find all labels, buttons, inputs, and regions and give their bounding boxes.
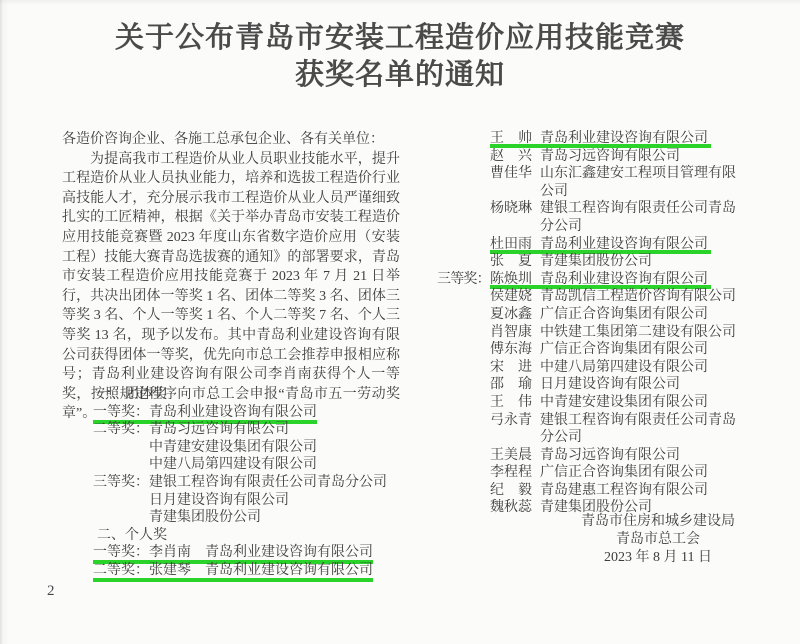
award-rank-label — [437, 412, 490, 447]
team-award-heading: 一、团体奖 — [97, 386, 413, 404]
award-rank-label — [437, 165, 490, 200]
winner-company: 青岛凯信工程造价咨询有限公司 — [540, 288, 745, 306]
winner-company: 日月建设咨询有限公司 — [540, 376, 745, 394]
award-rank-label — [437, 148, 490, 166]
winner-row: 肖智康中铁建工集团第二建设有限公司 — [437, 324, 782, 342]
winner-name: 宋 进 — [490, 359, 540, 377]
award-rank-label: 三等奖： — [437, 271, 490, 289]
winner-company: 青岛习远咨询有限公司 — [540, 447, 745, 465]
team-award-line: 三等奖：建银工程咨询有限责任公司青岛分公司 — [93, 474, 413, 492]
award-rank-label — [437, 288, 490, 306]
winner-row: 三等奖：陈焕圳青岛利业建设咨询有限公司 — [437, 271, 782, 289]
winner-company: 中建八局第四建设有限公司 — [540, 359, 745, 377]
winner-row: 张 夏青建集团股份公司 — [437, 253, 782, 271]
winner-name: 邵 瑜 — [490, 376, 540, 394]
winner-row: 王 伟中青建安建设集团有限公司 — [437, 394, 782, 412]
winner-name: 杨晓琳 — [490, 200, 540, 235]
individual-award-line: 二等奖：张建琴 青岛利业建设咨询有限公司 — [93, 562, 413, 580]
award-rank-label — [437, 341, 490, 359]
winner-company: 广信正合咨询集团有限公司 — [540, 341, 745, 359]
winner-name: 曹佳华 — [490, 165, 540, 200]
winner-row: 杜田雨青岛利业建设咨询有限公司 — [437, 236, 782, 254]
individual-winner-list: 王 帅青岛利业建设咨询有限公司赵 兴青岛习远咨询有限公司曹佳华山东汇鑫建安工程项… — [437, 130, 782, 517]
winner-company: 中铁建工集团第二建设有限公司 — [540, 324, 745, 342]
winner-company: 广信正合咨询集团有限公司 — [540, 464, 745, 482]
winner-company: 青岛建惠工程咨询有限公司 — [540, 482, 745, 500]
award-rank-label — [437, 376, 490, 394]
individual-award-line: 一等奖：李肖南 青岛利业建设咨询有限公司 — [93, 544, 413, 562]
team-award-list: 一等奖：青岛利业建设咨询有限公司二等奖：青岛习远咨询有限公司中青建安建设集团有限… — [93, 404, 413, 527]
individual-award-top-list: 一等奖：李肖南 青岛利业建设咨询有限公司二等奖：张建琴 青岛利业建设咨询有限公司 — [93, 544, 413, 579]
team-award-group: 三等奖：建银工程咨询有限责任公司青岛分公司日月建设咨询有限公司青建集团股份公司 — [93, 474, 413, 527]
winner-row: 曹佳华山东汇鑫建安工程项目管理有限公司 — [437, 165, 782, 200]
winner-company: 中青建安建设集团有限公司 — [540, 394, 745, 412]
winner-name: 张 夏 — [490, 253, 540, 271]
winner-company: 青岛习远咨询有限公司 — [540, 148, 745, 166]
winner-row: 赵 兴青岛习远咨询有限公司 — [437, 148, 782, 166]
winner-name: 李程程 — [490, 464, 540, 482]
winner-row: 杨晓琳建银工程咨询有限责任公司青岛分公司 — [437, 200, 782, 235]
winner-name: 纪 毅 — [490, 482, 540, 500]
notice-title: 关于公布青岛市安装工程造价应用技能竞赛 获奖名单的通知 — [0, 20, 800, 94]
winner-company: 建银工程咨询有限责任公司青岛分公司 — [540, 200, 745, 235]
award-rank-label — [437, 130, 490, 148]
issuer-org-2: 青岛市总工会 — [548, 531, 768, 549]
award-rank-label — [437, 447, 490, 465]
award-rank-label — [437, 499, 490, 517]
award-rank-label — [437, 482, 490, 500]
winner-row: 傅东海广信正合咨询集团有限公司 — [437, 341, 782, 359]
winner-name: 肖智康 — [490, 324, 540, 342]
winner-company: 山东汇鑫建安工程项目管理有限公司 — [540, 165, 745, 200]
winner-name: 傅东海 — [490, 341, 540, 359]
winner-row: 夏冰鑫广信正合咨询集团有限公司 — [437, 306, 782, 324]
team-award-line: 一等奖：青岛利业建设咨询有限公司 — [93, 404, 413, 422]
winner-name: 王美晨 — [490, 447, 540, 465]
winner-name: 魏秋蕊 — [490, 499, 540, 517]
team-award-company: 日月建设咨询有限公司 — [93, 492, 413, 510]
winner-name: 王 伟 — [490, 394, 540, 412]
scanned-notice-page: { "title": { "line1": "关于公布青岛市安装工程造价应用技能… — [0, 0, 800, 644]
team-award-company: 中建八局第四建设有限公司 — [93, 456, 413, 474]
issue-date: 2023 年 8 月 11 日 — [548, 549, 768, 567]
signature-block: 青岛市住房和城乡建设局 青岛市总工会 2023 年 8 月 11 日 — [548, 513, 768, 568]
team-award-text: 三等奖：建银工程咨询有限责任公司青岛分公司 — [93, 475, 387, 490]
winner-row: 李程程广信正合咨询集团有限公司 — [437, 464, 782, 482]
winner-name: 夏冰鑫 — [490, 306, 540, 324]
salutation-line: 各造价咨询企业、各施工总承包企业、各有关单位： — [62, 130, 400, 150]
page-number: 2 — [47, 583, 55, 600]
winner-name: 赵 兴 — [490, 148, 540, 166]
winner-row: 弓永青建银工程咨询有限责任公司青岛分公司 — [437, 412, 782, 447]
right-column: 王 帅青岛利业建设咨询有限公司赵 兴青岛习远咨询有限公司曹佳华山东汇鑫建安工程项… — [437, 130, 782, 517]
issuer-org-1: 青岛市住房和城乡建设局 — [548, 513, 768, 531]
winner-company: 青建集团股份公司 — [540, 253, 745, 271]
individual-award-text: 二等奖：张建琴 青岛利业建设咨询有限公司 — [93, 563, 373, 582]
team-award-company: 青建集团股份公司 — [93, 509, 413, 527]
winner-row: 王美晨青岛习远咨询有限公司 — [437, 447, 782, 465]
team-award-line: 二等奖：青岛习远咨询有限公司 — [93, 421, 413, 439]
body-paragraph: 为提高我市工程造价从业人员职业技能水平，提升工程造价从业人员执业能力，培养和选拔… — [62, 150, 400, 424]
award-rank-label — [437, 253, 490, 271]
team-award-text: 二等奖：青岛习远咨询有限公司 — [93, 422, 289, 437]
individual-award-heading: 二、个人奖 — [97, 527, 413, 545]
notice-title-line-1: 关于公布青岛市安装工程造价应用技能竞赛 — [0, 20, 800, 57]
team-award-company: 中青建安建设集团有限公司 — [93, 439, 413, 457]
winner-row: 纪 毅青岛建惠工程咨询有限公司 — [437, 482, 782, 500]
award-rank-label — [437, 394, 490, 412]
award-lists: 一、团体奖 一等奖：青岛利业建设咨询有限公司二等奖：青岛习远咨询有限公司中青建安… — [93, 386, 413, 580]
award-rank-label — [437, 236, 490, 254]
winner-name: 侯建娆 — [490, 288, 540, 306]
team-award-group: 二等奖：青岛习远咨询有限公司中青建安建设集团有限公司中建八局第四建设有限公司 — [93, 421, 413, 474]
award-rank-label — [437, 324, 490, 342]
award-rank-label — [437, 306, 490, 324]
award-rank-label — [437, 200, 490, 235]
winner-row: 宋 进中建八局第四建设有限公司 — [437, 359, 782, 377]
winner-company: 广信正合咨询集团有限公司 — [540, 306, 745, 324]
winner-name: 弓永青 — [490, 412, 540, 447]
winner-company: 建银工程咨询有限责任公司青岛分公司 — [540, 412, 745, 447]
left-column: 各造价咨询企业、各施工总承包企业、各有关单位： 为提高我市工程造价从业人员职业技… — [62, 130, 400, 424]
award-rank-label — [437, 464, 490, 482]
award-rank-label — [437, 359, 490, 377]
winner-row: 邵 瑜日月建设咨询有限公司 — [437, 376, 782, 394]
winner-row: 侯建娆青岛凯信工程造价咨询有限公司 — [437, 288, 782, 306]
winner-row: 王 帅青岛利业建设咨询有限公司 — [437, 130, 782, 148]
notice-title-line-2: 获奖名单的通知 — [0, 57, 800, 94]
team-award-group: 一等奖：青岛利业建设咨询有限公司 — [93, 404, 413, 422]
